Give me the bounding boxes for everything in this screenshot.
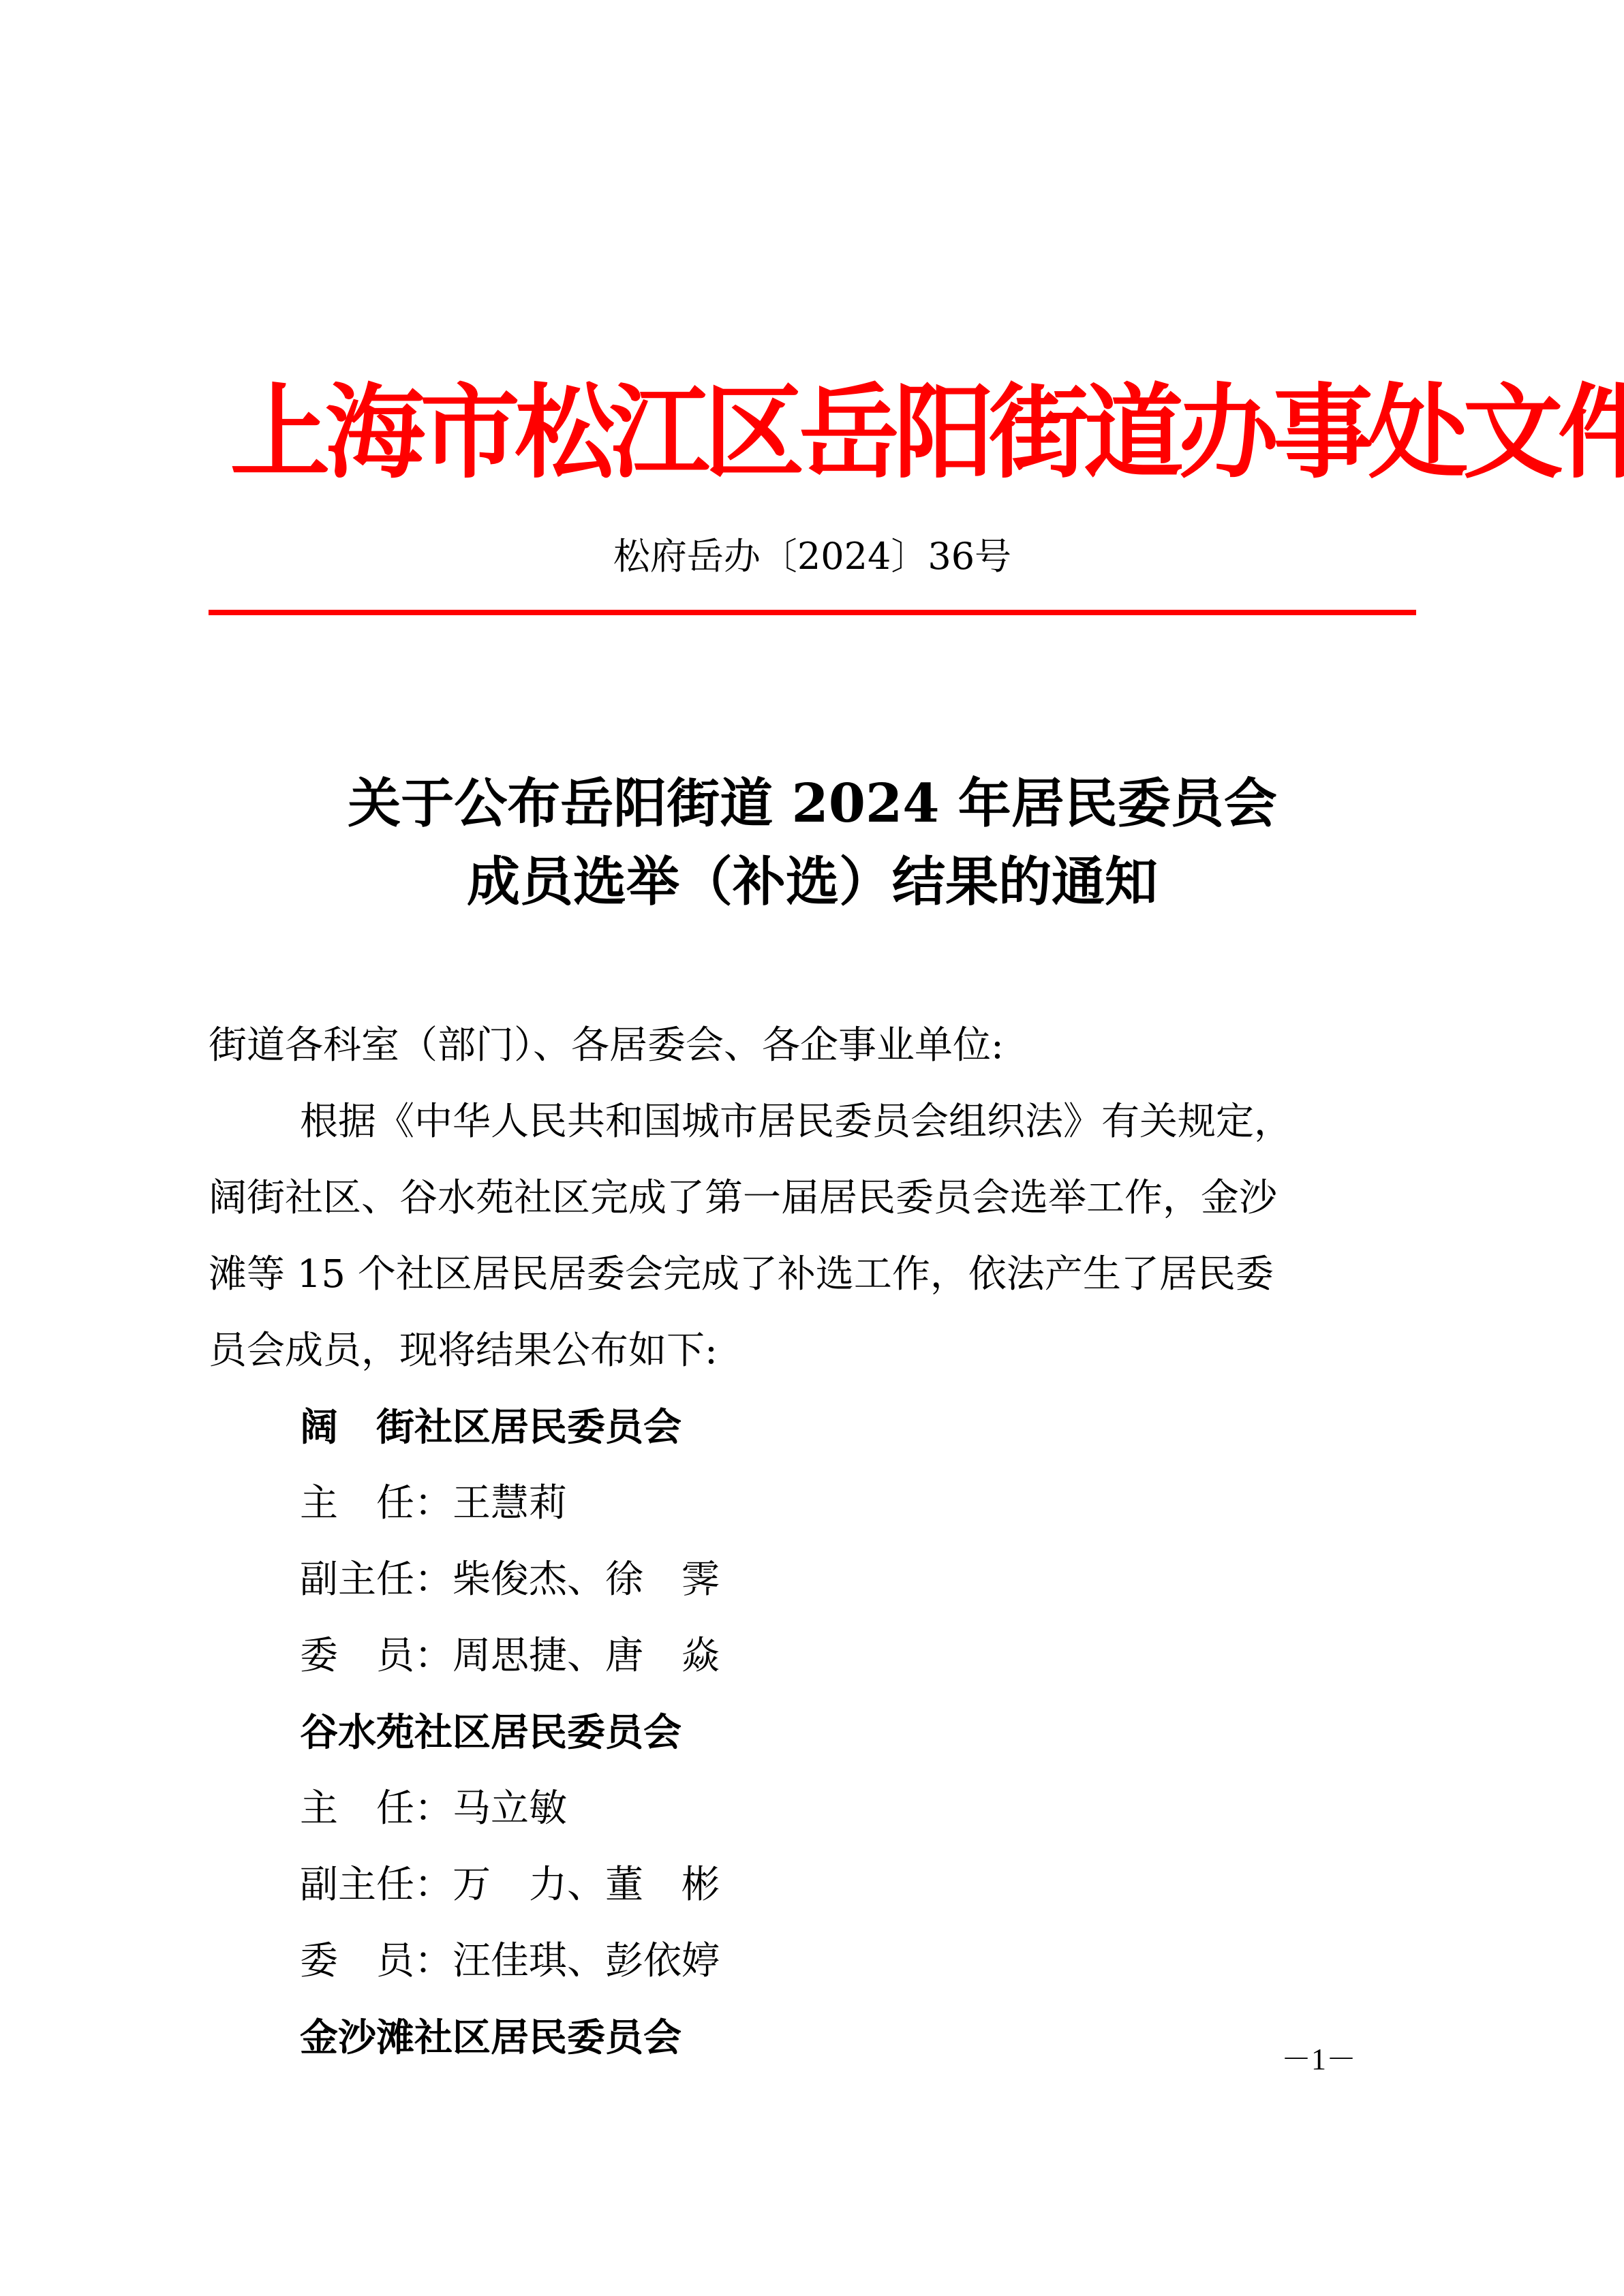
document-number: 松府岳办〔2024〕36号: [209, 533, 1416, 580]
paragraph-line: 根据《中华人民共和国城市居民委员会组织法》有关规定，: [300, 1098, 1292, 1146]
committee-heading: 阔 街社区居民委员会: [300, 1403, 681, 1451]
committee-heading: 金沙滩社区居民委员会: [300, 2014, 681, 2062]
committee-director: 主 任：王慧莉: [300, 1480, 567, 1527]
paragraph-line: 滩等 15 个社区居民居委会完成了补选工作，依法产生了居民委: [209, 1251, 1274, 1299]
issuer-header-title: 上海市松江区岳阳街道办事处文件: [230, 368, 1406, 497]
committee-members: 委 员：周思捷、唐 焱: [300, 1632, 720, 1680]
committee-deputy: 副主任：柴俊杰、徐 霁: [300, 1556, 720, 1604]
committee-director: 主 任：马立敏: [300, 1785, 567, 1833]
notice-title-line-1: 关于公布岳阳街道 2024 年居民委员会: [209, 770, 1416, 838]
notice-title-line-2: 成员选举（补选）结果的通知: [209, 848, 1416, 916]
paragraph-line: 阔街社区、谷水苑社区完成了第一届居民委员会选举工作，金沙: [209, 1175, 1277, 1222]
red-divider-line: [209, 610, 1416, 615]
salutation: 街道各科室（部门）、各居委会、各企事业单位:: [209, 1022, 1004, 1070]
paragraph-line: 员会成员，现将结果公布如下:: [209, 1327, 718, 1375]
committee-members: 委 员：汪佳琪、彭依婷: [300, 1938, 720, 1985]
committee-deputy: 副主任：万 力、董 彬: [300, 1861, 720, 1909]
page-number: －1－: [1281, 2043, 1356, 2077]
committee-heading: 谷水苑社区居民委员会: [300, 1709, 681, 1756]
